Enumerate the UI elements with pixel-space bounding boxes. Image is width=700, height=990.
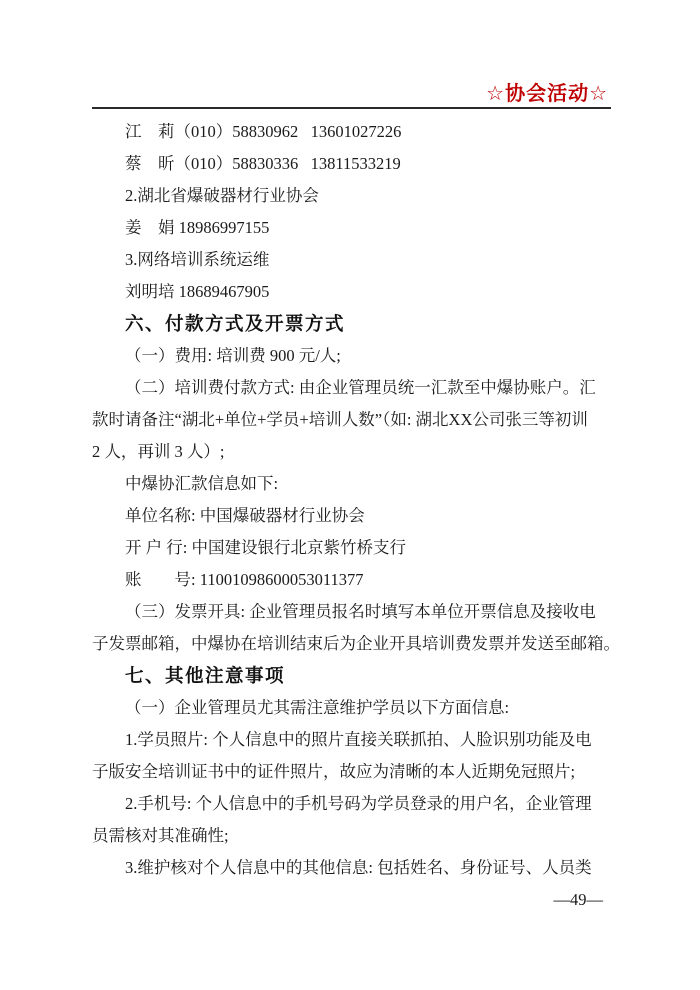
text-line: 2.湖北省爆破器材行业协会 [92,180,612,212]
text-line: 子版安全培训证书中的证件照片，故应为清晰的本人近期免冠照片; [92,756,612,788]
page-header-title: ☆协会活动☆ [486,77,608,106]
text-line: 子发票邮箱，中爆协在培训结束后为企业开具培训费发票并发送至邮箱。 [92,628,612,660]
text-line: 1.学员照片: 个人信息中的照片直接关联抓拍、人脸识别功能及电 [92,724,612,756]
text-line: 刘明培 18689467905 [92,276,612,308]
text-line: 姜 娟 18986997155 [92,212,612,244]
text-line: 单位名称: 中国爆破器材行业协会 [92,500,612,532]
text-line: （一）费用: 培训费 900 元/人; [92,340,612,372]
header-rule [92,107,611,109]
text-line: （三）发票开具: 企业管理员报名时填写本单位开票信息及接收电 [92,596,612,628]
text-line: 3.网络培训系统运维 [92,244,612,276]
text-line: 3.维护核对个人信息中的其他信息: 包括姓名、身份证号、人员类 [92,852,612,884]
section-heading: 六、付款方式及开票方式 [92,308,612,340]
text-line: 江 莉（010）58830962 13601027226 [92,116,612,148]
document-page: ☆协会活动☆ 江 莉（010）58830962 13601027226蔡 昕（0… [0,0,700,990]
text-line: （二）培训费付款方式: 由企业管理员统一汇款至中爆协账户。汇 [92,372,612,404]
section-heading: 七、其他注意事项 [92,660,612,692]
page-number: —49— [554,890,604,910]
text-line: 款时请备注“湖北+单位+学员+培训人数”（如: 湖北XX公司张三等初训 [92,404,612,436]
text-line: 账 号: 11001098600053011377 [92,564,612,596]
text-line: 2.手机号: 个人信息中的手机号码为学员登录的用户名，企业管理 [92,788,612,820]
text-line: 员需核对其准确性; [92,820,612,852]
text-line: 蔡 昕（010）58830336 13811533219 [92,148,612,180]
text-line: 中爆协汇款信息如下: [92,468,612,500]
document-body: 江 莉（010）58830962 13601027226蔡 昕（010）5883… [92,116,612,884]
text-line: （一）企业管理员尤其需注意维护学员以下方面信息: [92,692,612,724]
text-line: 2 人，再训 3 人）; [92,436,612,468]
text-line: 开 户 行: 中国建设银行北京紫竹桥支行 [92,532,612,564]
